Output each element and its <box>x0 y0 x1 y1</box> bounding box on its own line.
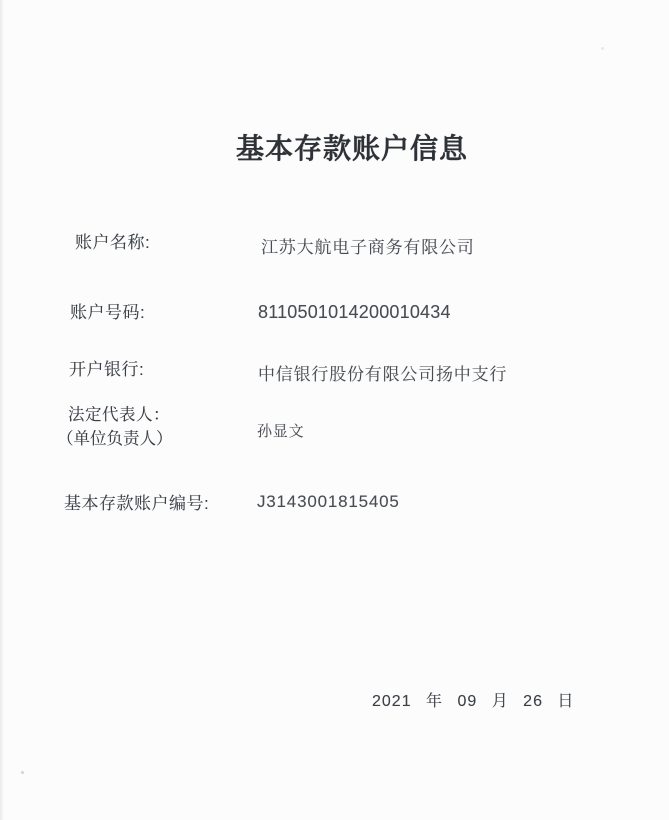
scanned-document-page: 基本存款账户信息 账户名称: 江苏大航电子商务有限公司 账户号码: 811050… <box>0 0 669 820</box>
account-code-value: J3143001815405 <box>257 492 400 512</box>
account-name-label: 账户名称: <box>75 228 150 253</box>
account-name-value: 江苏大航电子商务有限公司 <box>261 233 475 258</box>
account-number-value: 8110501014200010434 <box>258 302 451 323</box>
account-number-label: 账户号码: <box>70 298 145 323</box>
bank-value: 中信银行股份有限公司扬中支行 <box>258 360 507 385</box>
account-code-label: 基本存款账户编号: <box>64 489 209 514</box>
scan-edge-artifact <box>0 0 4 820</box>
document-title: 基本存款账户信息 <box>236 127 468 167</box>
scan-speck <box>21 771 24 774</box>
legal-representative-value: 孙显文 <box>257 420 304 441</box>
unit-head-label: （单位负责人） <box>57 425 173 449</box>
bank-label: 开户银行: <box>69 355 144 380</box>
legal-representative-label: 法定代表人： <box>68 401 170 425</box>
scan-speck <box>601 47 604 50</box>
document-date: 2021 年 09 月 26 日 <box>372 688 574 711</box>
